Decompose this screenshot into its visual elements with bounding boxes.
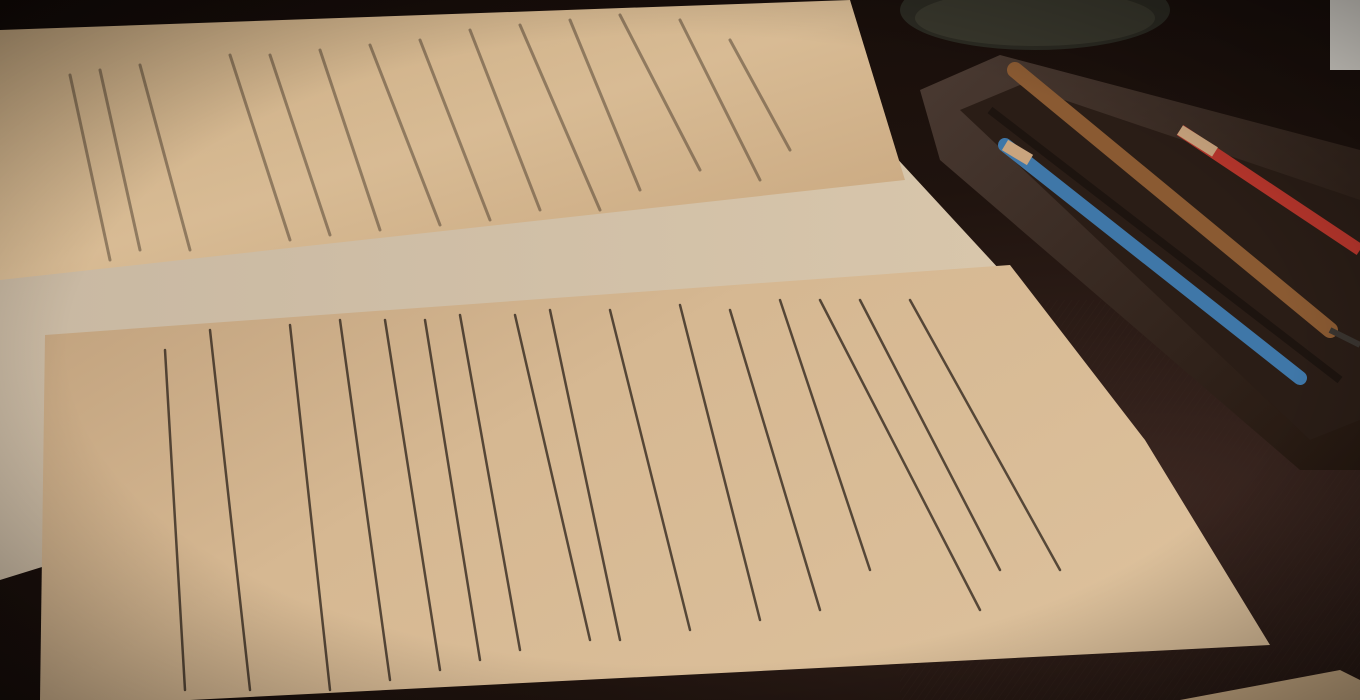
desk-photo bbox=[0, 0, 1360, 700]
photo-illustration bbox=[0, 0, 1360, 700]
